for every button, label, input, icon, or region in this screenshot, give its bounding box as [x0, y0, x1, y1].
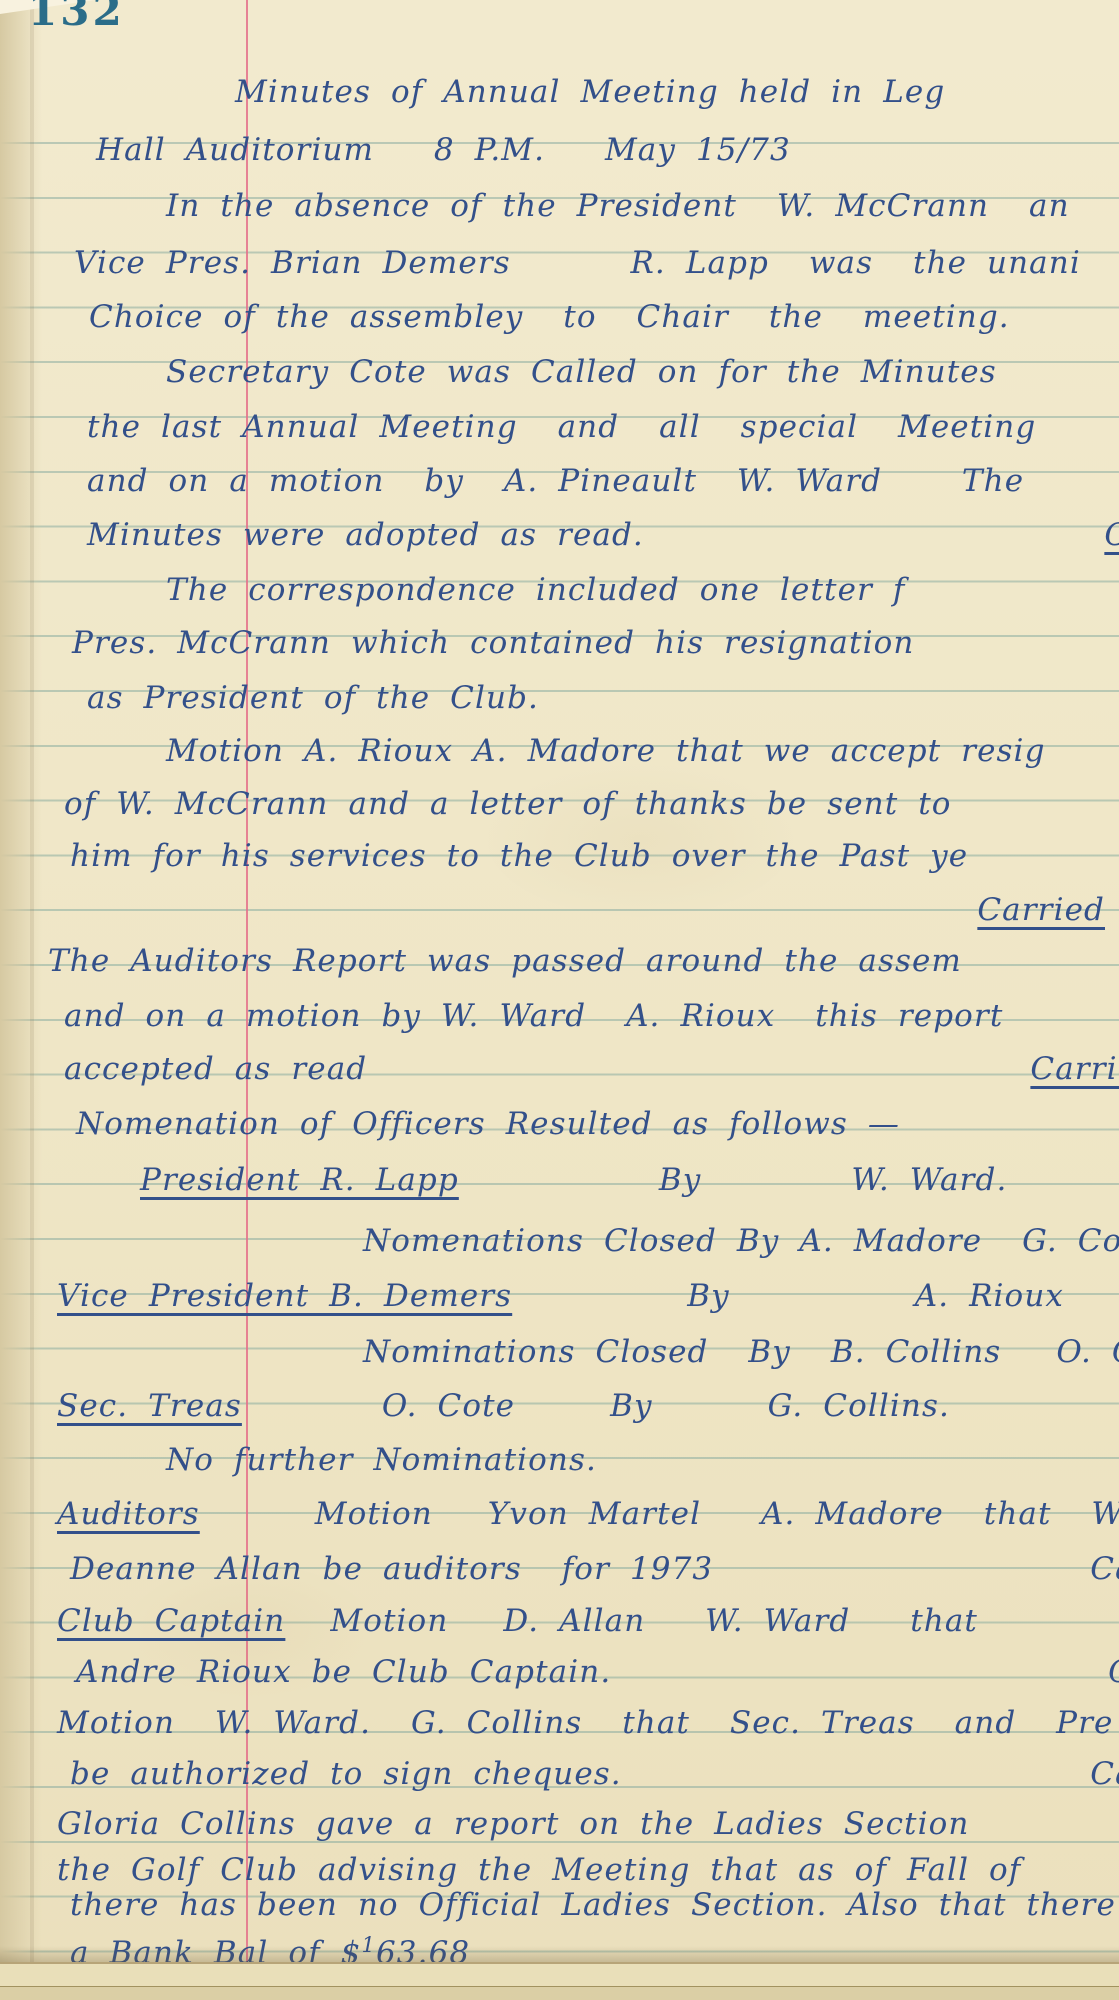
text-segment: Secretary Cote was Called on for the Min… [166, 352, 997, 392]
text-segment: Nomenations Closed By A. Madore G. Colli… [363, 1221, 1119, 1261]
handwritten-line: him for his services to the Club over th… [0, 836, 1119, 880]
text-segment: Minutes of Annual Meeting held in Leg [235, 72, 945, 112]
handwritten-line: of W. McCrann and a letter of thanks be … [0, 784, 1119, 828]
handwritten-line: In the absence of the President W. McCra… [0, 186, 1119, 230]
carried-annotation: Carried. [1030, 1049, 1119, 1089]
carried-annotation: Carrie [1090, 1754, 1119, 1794]
text-segment: A. Rioux [915, 1276, 1064, 1316]
text-segment: a Bank Bal of $ [70, 1933, 361, 1962]
handwritten-line: Motion A. Rioux A. Madore that we accept… [0, 731, 1119, 775]
text-segment: there has been no Official Ladies Sectio… [70, 1885, 1116, 1925]
text-segment: be authorized to sign cheques. [70, 1754, 622, 1794]
handwritten-line: Motion W. Ward. G. Collins that Sec. Tre… [0, 1703, 1119, 1747]
text-segment: Motion A. Rioux A. Madore that we accept… [166, 731, 1046, 771]
text-segment: Choice of the assembley to Chair the mee… [89, 297, 1010, 337]
handwritten-line: Gloria Collins gave a report on the Ladi… [0, 1804, 1119, 1848]
handwritten-line: No further Nominations. [0, 1440, 1119, 1484]
handwritten-line: Carried [0, 890, 1119, 934]
text-segment: Vice Pres. Brian Demers R. Lapp was the … [74, 243, 1081, 283]
text-segment: By [659, 1160, 702, 1200]
handwritten-line: a Bank Bal of $163.68 [0, 1925, 1119, 1962]
text-segment: Nominations Closed By B. Collins [363, 1332, 1001, 1372]
handwritten-line: the last Annual Meeting and all special … [0, 407, 1119, 451]
handwritten-line: Vice Pres. Brian Demers R. Lapp was the … [0, 243, 1119, 287]
text-segment: Club Captain [57, 1601, 285, 1641]
text-segment: No further Nominations. [166, 1440, 597, 1480]
text-segment: the Golf Club advising the Meeting that … [57, 1850, 1021, 1890]
text-segment: of W. McCrann and a letter of thanks be … [64, 784, 952, 824]
text-segment: The Auditors Report was passed around th… [48, 941, 962, 981]
text-segment: O. Cote [1056, 1332, 1119, 1372]
text-segment: Yvon Martel A. Madore that W. Ward [488, 1494, 1119, 1534]
carried-annotation: Carried [977, 890, 1105, 930]
text-segment: By [610, 1386, 653, 1426]
text-segment: the last Annual Meeting and all special … [87, 407, 1036, 447]
text-segment: and on a motion by A. Pineault W. Ward T… [87, 461, 1024, 501]
text-segment: Motion [315, 1494, 433, 1534]
handwritten-line: Hall Auditorium 8 P.M. May 15/73 [0, 130, 1119, 174]
text-segment: Gloria Collins gave a report on the Ladi… [57, 1804, 969, 1844]
handwritten-text: Minutes of Annual Meeting held in LegHal… [0, 0, 1119, 1962]
handwritten-line: and on a motion by A. Pineault W. Ward T… [0, 461, 1119, 505]
handwritten-line: Minutes were adopted as read.Carried [0, 515, 1119, 559]
carried-annotation: Carrie [1090, 1549, 1119, 1589]
handwritten-line: Andre Rioux be Club Captain.Carry [0, 1652, 1119, 1696]
handwritten-line: The Auditors Report was passed around th… [0, 941, 1119, 985]
text-segment: 63.68 [376, 1933, 470, 1962]
handwritten-line: Minutes of Annual Meeting held in Leg [0, 72, 1119, 116]
text-segment: D. Allan W. Ward that [503, 1601, 978, 1641]
handwritten-line: Choice of the assembley to Chair the mee… [0, 297, 1119, 341]
handwritten-line: Deanne Allan be auditors for 1973Carrie [0, 1549, 1119, 1593]
text-segment: and on a motion by W. Ward A. Rioux this… [64, 996, 1003, 1036]
handwritten-line: and on a motion by W. Ward A. Rioux this… [0, 996, 1119, 1040]
text-segment: Deanne Allan be auditors for 1973 [70, 1549, 713, 1589]
handwritten-line: Pres. McCrann which contained his resign… [0, 623, 1119, 667]
text-segment: Sec. Treas [57, 1386, 242, 1426]
text-segment: him for his services to the Club over th… [70, 836, 968, 876]
handwritten-line: President R. LappByW. Ward. [0, 1160, 1119, 1204]
text-segment: Minutes were adopted as read. [87, 515, 644, 555]
text-segment: 1 [361, 1925, 376, 1962]
handwritten-line: AuditorsMotionYvon Martel A. Madore that… [0, 1494, 1119, 1538]
text-segment: Motion W. Ward. G. Collins that Sec. Tre… [57, 1703, 1114, 1743]
text-segment: Motion [330, 1601, 448, 1641]
text-segment: Hall Auditorium 8 P.M. May 15/73 [96, 130, 791, 170]
handwritten-line: Nomenations Closed By A. Madore G. Colli… [0, 1221, 1119, 1265]
carried-annotation: Carried [1104, 515, 1119, 555]
text-segment: as President of the Club. [87, 678, 539, 718]
handwritten-line: Sec. TreasO. CoteByG. Collins. [0, 1386, 1119, 1430]
text-segment: Nomenation of Officers Resulted as follo… [76, 1104, 900, 1144]
text-segment: Auditors [57, 1494, 200, 1534]
text-segment: The correspondence included one letter f [166, 570, 905, 610]
handwritten-line: be authorized to sign cheques.Carrie [0, 1754, 1119, 1798]
text-segment: President R. Lapp [140, 1160, 459, 1200]
carried-annotation: Carry [1108, 1652, 1119, 1692]
handwritten-line: Nomenation of Officers Resulted as follo… [0, 1104, 1119, 1148]
underlying-page-edge [0, 1962, 1119, 1988]
text-segment: By [687, 1276, 730, 1316]
text-segment: O. Cote [382, 1386, 515, 1426]
text-segment: Vice President B. Demers [57, 1276, 512, 1316]
handwritten-line: The correspondence included one letter f [0, 570, 1119, 614]
text-segment: Andre Rioux be Club Captain. [76, 1652, 611, 1692]
handwritten-line: Nominations Closed By B. CollinsO. Cote [0, 1332, 1119, 1376]
handwritten-line: Vice President B. DemersByA. Rioux [0, 1276, 1119, 1320]
handwritten-line: as President of the Club. [0, 678, 1119, 722]
text-segment: W. Ward. [851, 1160, 1007, 1200]
handwritten-line: there has been no Official Ladies Sectio… [0, 1885, 1119, 1929]
handwritten-line: Club CaptainMotionD. Allan W. Ward that [0, 1601, 1119, 1645]
handwritten-line: Secretary Cote was Called on for the Min… [0, 352, 1119, 396]
text-segment: In the absence of the President W. McCra… [166, 186, 1070, 226]
underlying-page-edge [0, 1986, 1119, 2000]
notebook-page: 132 Minutes of Annual Meeting held in Le… [0, 0, 1119, 1962]
text-segment: accepted as read [64, 1049, 367, 1089]
handwritten-line: accepted as readCarried. [0, 1049, 1119, 1093]
text-segment: Pres. McCrann which contained his resign… [72, 623, 914, 663]
text-segment: G. Collins. [768, 1386, 950, 1426]
